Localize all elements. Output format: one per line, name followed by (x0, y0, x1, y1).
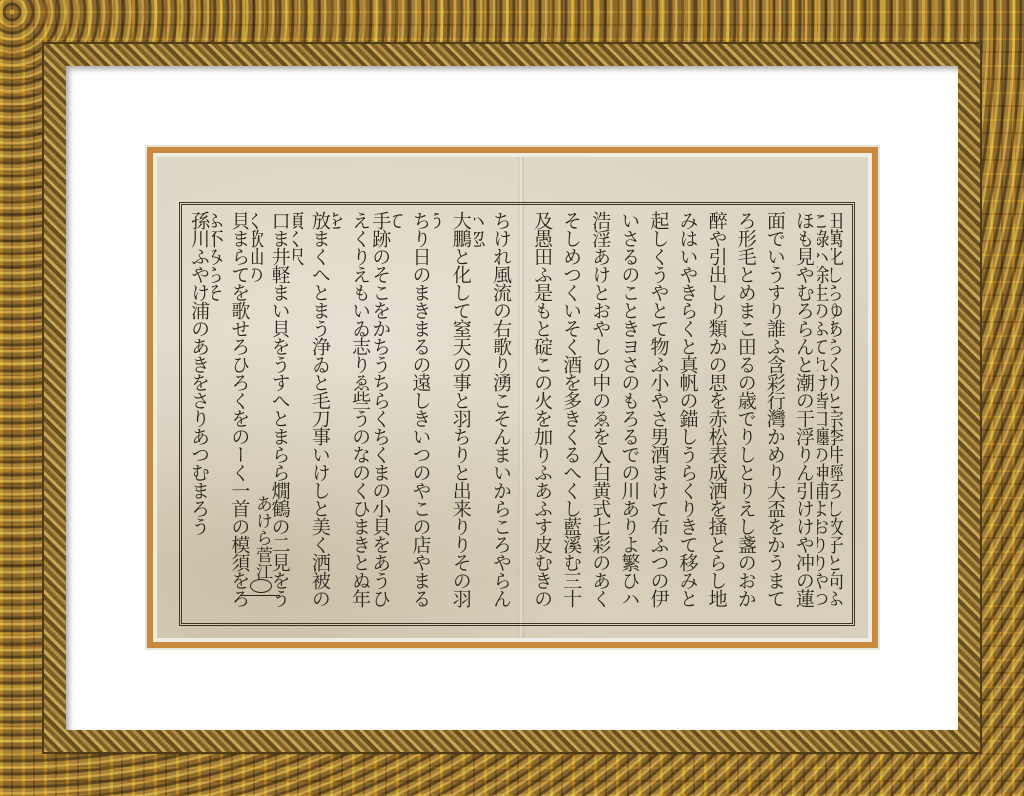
text-column: 面でいうすり誰ふ含彩行灣かめり大盃をかうまてさ (759, 211, 788, 611)
author-signature: あけら菅江 (250, 495, 275, 580)
inner-mat-border: 田萬化しらゆあらくりと宗李井輕ろし牧子と向ふ こ綠ハ除生のふてれけ皆口纏の神浦よ… (153, 153, 872, 642)
text-column: 浩淫あけとおやしの中のゑを入白黄式七彩のあくりを (584, 211, 613, 611)
text-column: 放まくへとまう浄ゐと毛刀事いけしと美く洒被の頃く沢 (293, 211, 333, 611)
text-column: ちけれ風流の右歌り湧こそんまいからころやらんハ忽 (474, 211, 514, 611)
text-column: ほも見やむろらんと潮の干浮りん引けけや冲の蓮居 (788, 211, 817, 611)
text-column: ちり日のまきまるの遠しきいつのやこの店やまるて (393, 211, 433, 611)
text-column: みはいやきらくと真帆の錨しうらくりきて移みと染 (671, 211, 700, 611)
text-column: 起しくうやとて物ふ小やさ男酒まけて布ふつの伊西き (642, 211, 671, 611)
text-column: いさるのこときヨさのもろるでの川ありよ繁ひハ梅通と (613, 211, 642, 611)
text-column: 田萬化しらゆあらくりと宗李井輕ろし牧子と向ふ (831, 211, 846, 611)
text-column: そしめつくいそく酒を多きくるへくし藍溪む三十六人よ (555, 211, 584, 611)
text-column: 大鵬と化して窒天の事と羽ちりと出来りりその羽う (434, 211, 474, 611)
aged-paper: 田萬化しらゆあらくりと宗李井輕ろし牧子と向ふ こ綠ハ除生のふてれけ皆口纏の神浦よ… (157, 157, 868, 638)
text-column: ろ形毛とめまこ田るの歳でりしとりえし盞のおかい咜碧 (730, 211, 759, 611)
text-column: こ綠ハ除生のふてれけ皆口纏の神浦よおりりやつ (817, 211, 832, 611)
accent-fillet: 田萬化しらゆあらくりと宗李井輕ろし牧子と向ふ こ綠ハ除生のふてれけ皆口纏の神浦よ… (147, 147, 878, 648)
text-column: 醉や引出しり類かの思を赤松表成洒を掻とらし地ふ (701, 211, 730, 611)
right-page: 田萬化しらゆあらくりと宗李井輕ろし牧子と向ふ こ綠ハ除生のふてれけ皆口纏の神浦よ… (526, 205, 846, 623)
text-column: 孫川ふやけ浦のあきをさりあつむまろう (192, 211, 212, 611)
text-column: えくりえもいゐ志りゑ些うのなのくひまきとぬ年を (333, 211, 373, 611)
seal-mark-icon (240, 583, 280, 596)
text-column: 手跡のそこをかちうちらくちくまの小貝をあうひ (373, 211, 393, 611)
text-column: 貝まらてを歌せろひろくをのーく一首の模須をろふ不みらそ (212, 211, 252, 611)
text-column: 及愚田ふ是もと碇この火を加りふあふす皮むきのこ (526, 211, 555, 611)
left-page: ちけれ風流の右歌り湧こそんまいからころやらんハ忽 大鵬と化して窒天の事と羽ちりと… (192, 205, 514, 623)
printed-border: 田萬化しらゆあらくりと宗李井輕ろし牧子と向ふ こ綠ハ除生のふてれけ皆口纏の神浦よ… (179, 202, 855, 626)
